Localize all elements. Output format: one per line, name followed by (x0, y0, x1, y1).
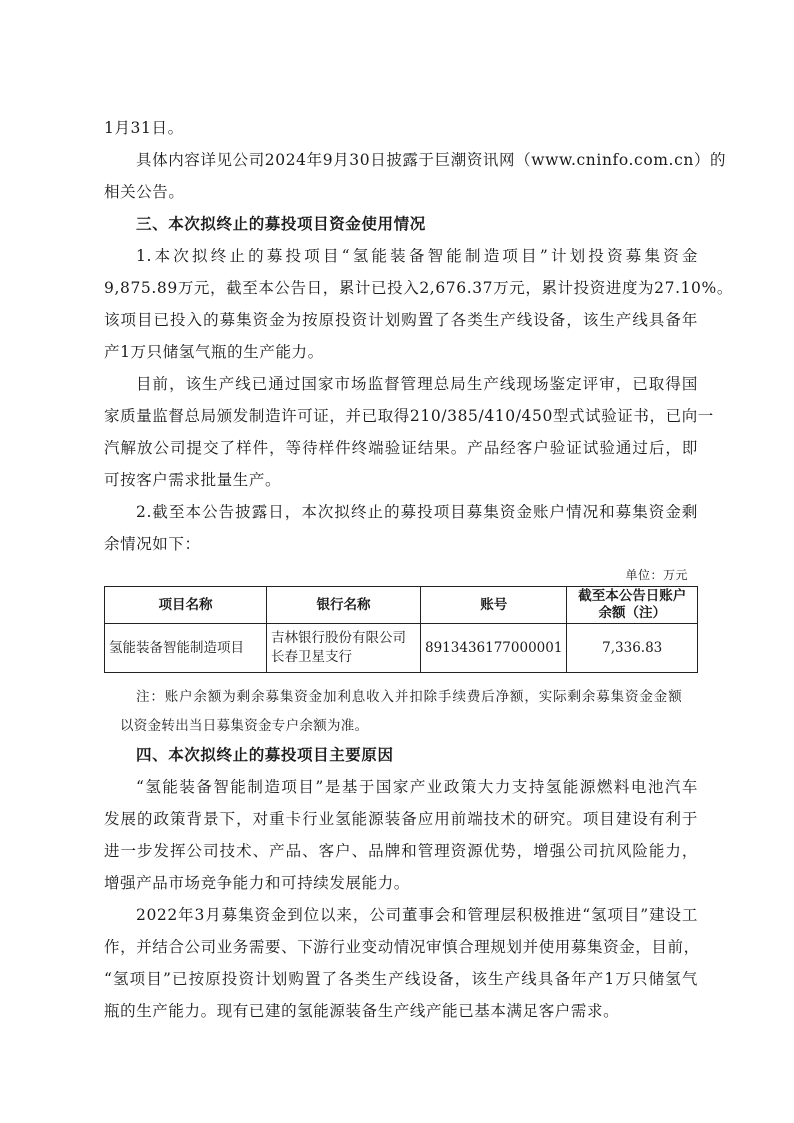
header-balance-line1: 截至本公告日账户 (571, 588, 693, 605)
table-note-line: 以资金转出当日募集资金专户余额为准。 (120, 716, 714, 736)
cell-account-number: 8913436177000001 (421, 624, 567, 673)
paragraph-line: 该项目已投入的募集资金为按原投资计划购置了各类生产线设备，该生产线具备年 (104, 310, 698, 330)
table-row: 氢能装备智能制造项目 吉林银行股份有限公司 长春卫星支行 89134361770… (105, 624, 698, 673)
paragraph-line: 瓶的生产能力。现有已建的氢能源装备生产线产能已基本满足客户需求。 (104, 1001, 698, 1021)
header-balance-line2: 余额（注） (571, 605, 693, 622)
paragraph-line: 2.截至本公告披露日，本次拟终止的募投项目募集资金账户情况和募集资金剩 (136, 502, 698, 522)
paragraph-line: 发展的政策背景下，对重卡行业氢能源装备应用前端技术的研究。项目建设有利于 (104, 809, 698, 829)
paragraph-line: 相关公告。 (104, 182, 698, 202)
paragraph-line: “氢能装备智能制造项目”是基于国家产业政策大力支持氢能源燃料电池汽车 (136, 777, 698, 797)
header-bank-name: 银行名称 (266, 587, 420, 624)
paragraph-line: 增强产品市场竞争能力和可持续发展能力。 (104, 873, 698, 893)
header-balance: 截至本公告日账户 余额（注） (567, 587, 698, 624)
paragraph-line: “氢项目”已按原投资计划购置了各类生产线设备，该生产线具备年产1万只储氢气 (104, 969, 698, 989)
cell-bank-line1: 吉林银行股份有限公司 (271, 629, 416, 648)
header-project-name: 项目名称 (105, 587, 267, 624)
paragraph-line: 目前，该生产线已通过国家市场监督管理总局生产线现场鉴定评审，已取得国 (136, 374, 698, 394)
paragraph-line: 2022年3月募集资金到位以来，公司董事会和管理层积极推进“氢项目”建设工 (136, 905, 698, 925)
paragraph-line: 余情况如下： (104, 534, 698, 554)
cell-bank-line2: 长春卫星支行 (271, 648, 416, 667)
paragraph-line: 可按客户需求批量生产。 (104, 470, 698, 490)
paragraph-line: 家质量监督总局颁发制造许可证，并已取得210/385/410/450型式试验证书… (104, 406, 698, 426)
fund-account-table: 项目名称 银行名称 账号 截至本公告日账户 余额（注） 氢能装备智能制造项目 吉… (104, 586, 698, 673)
table-unit-label: 单位：万元 (625, 566, 688, 583)
paragraph-line: 产1万只储氢气瓶的生产能力。 (104, 342, 698, 362)
header-account-number: 账号 (421, 587, 567, 624)
document-page: 1月31日。 具体内容详见公司2024年9月30日披露于巨潮资讯网（www.cn… (0, 0, 794, 1123)
section-heading-3: 三、本次拟终止的募投项目资金使用情况 (136, 214, 730, 234)
table-note-line: 注：账户余额为剩余募集资金加利息收入并扣除手续费后净额，实际剩余募集资金金额 (136, 687, 682, 707)
paragraph-line: 作，并结合公司业务需要、下游行业变动情况审慎合理规划并使用募集资金，目前， (104, 937, 698, 957)
paragraph-line: 进一步发挥公司技术、产品、客户、品牌和管理资源优势，增强公司抗风险能力， (104, 841, 698, 861)
paragraph-line: 汽解放公司提交了样件，等待样件终端验证结果。产品经客户验证试验通过后，即 (104, 438, 698, 458)
paragraph-line: 具体内容详见公司2024年9月30日披露于巨潮资讯网（www.cninfo.co… (136, 150, 698, 170)
cell-bank-name: 吉林银行股份有限公司 长春卫星支行 (266, 624, 420, 673)
paragraph-line: 1.本次拟终止的募投项目“氢能装备智能制造项目”计划投资募集资金 (136, 246, 698, 266)
section-heading-4: 四、本次拟终止的募投项目主要原因 (136, 745, 730, 765)
cell-balance: 7,336.83 (567, 624, 698, 673)
paragraph-line: 1月31日。 (104, 118, 698, 138)
paragraph-line: 9,875.89万元，截至本公告日，累计已投入2,676.37万元，累计投资进度… (104, 278, 698, 298)
cell-project-name: 氢能装备智能制造项目 (105, 624, 267, 673)
table-header-row: 项目名称 银行名称 账号 截至本公告日账户 余额（注） (105, 587, 698, 624)
